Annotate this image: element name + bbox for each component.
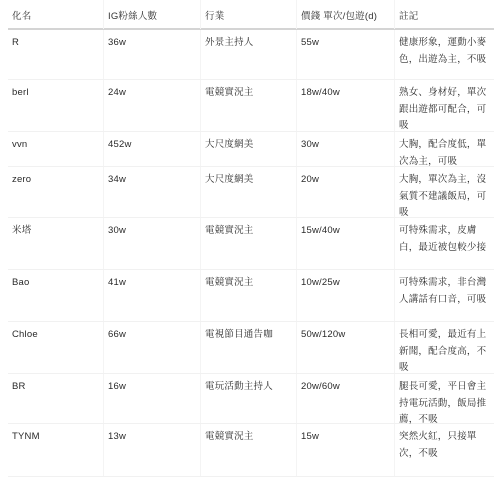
cell-price: 20w/60w	[297, 374, 395, 423]
header-price: 價錢 單次/包遊(d)	[297, 0, 395, 29]
cell-price: 55w	[297, 30, 395, 79]
cell-name: TYNM	[8, 424, 104, 473]
cell-price: 30w	[297, 132, 395, 166]
table-row: BR 16w 電玩活動主持人 20w/60w 腿長可愛，平日會主持電玩活動，飯局…	[8, 374, 494, 424]
cell-note: 大胸，配合度低，單次為主，可吸	[395, 132, 494, 166]
cell-industry: 外景主持人	[201, 30, 297, 79]
cell-followers: 41w	[104, 270, 201, 321]
cell-note: 熟女、身材好，單次跟出遊都可配合，可吸	[395, 80, 494, 131]
header-ig-followers: IG粉絲人數	[104, 0, 201, 29]
cell-followers: 30w	[104, 218, 201, 269]
cell-industry: 電競實況主	[201, 424, 297, 473]
cell-note: 大胸，單次為主，沒氣質不建議飯局，可吸	[395, 167, 494, 217]
cell-name: BR	[8, 374, 104, 423]
cell-note: 可特殊需求，皮膚白，最近被包較少接	[395, 218, 494, 269]
table-row: zero 34w 大尺度網美 20w 大胸，單次為主，沒氣質不建議飯局，可吸	[8, 167, 494, 218]
table-row: Bao 41w 電競實況主 10w/25w 可特殊需求，非台灣人講話有口音，可吸	[8, 270, 494, 322]
table-row: Chloe 66w 電視節目通告咖 50w/120w 長相可愛，最近有上新聞，配…	[8, 322, 494, 374]
cell-followers: 66w	[104, 322, 201, 373]
cell-industry: 電競實況主	[201, 80, 297, 131]
cell-followers: 13w	[104, 424, 201, 473]
header-name: 化名	[8, 0, 104, 29]
cell-price: 50w/120w	[297, 322, 395, 373]
cell-industry: 電玩活動主持人	[201, 374, 297, 423]
cell-name: zero	[8, 167, 104, 217]
cell-industry: 電競實況主	[201, 218, 297, 269]
cell-followers: 36w	[104, 30, 201, 79]
cell-followers: 34w	[104, 167, 201, 217]
cell-name: Chloe	[8, 322, 104, 373]
header-industry: 行業	[201, 0, 297, 29]
cell-industry: 大尺度網美	[201, 167, 297, 217]
cell-note: 腿長可愛，平日會主持電玩活動，飯局推薦，不吸	[395, 374, 494, 423]
cell-followers: 16w	[104, 374, 201, 423]
cell-note: 長相可愛，最近有上新聞，配合度高，不吸	[395, 322, 494, 373]
cell-price: 15w/40w	[297, 218, 395, 269]
cell-followers: 24w	[104, 80, 201, 131]
cell-note: 突然火紅，只接單次，不吸	[395, 424, 494, 473]
cell-industry: 大尺度網美	[201, 132, 297, 166]
table-row: 米塔 30w 電競實況主 15w/40w 可特殊需求，皮膚白，最近被包較少接	[8, 218, 494, 270]
cell-price: 18w/40w	[297, 80, 395, 131]
cell-industry: 電視節目通告咖	[201, 322, 297, 373]
cell-price: 10w/25w	[297, 270, 395, 321]
header-notes: 註記	[395, 0, 494, 29]
cell-name: 米塔	[8, 218, 104, 269]
table-row: vvn 452w 大尺度網美 30w 大胸，配合度低，單次為主，可吸	[8, 132, 494, 167]
cell-industry: 電競實況主	[201, 270, 297, 321]
cell-name: vvn	[8, 132, 104, 166]
table-row: R 36w 外景主持人 55w 健康形象，運動小麥色，出遊為主，不吸	[8, 30, 494, 80]
table-row: berl 24w 電競實況主 18w/40w 熟女、身材好，單次跟出遊都可配合，…	[8, 80, 494, 132]
cell-note: 健康形象，運動小麥色，出遊為主，不吸	[395, 30, 494, 79]
cell-followers: 452w	[104, 132, 201, 166]
cell-name: R	[8, 30, 104, 79]
talent-table: 化名 IG粉絲人數 行業 價錢 單次/包遊(d) 註記 R 36w 外景主持人 …	[8, 0, 494, 473]
table-row: TYNM 13w 電競實況主 15w 突然火紅，只接單次，不吸	[8, 424, 494, 473]
cell-price: 15w	[297, 424, 395, 473]
cell-name: Bao	[8, 270, 104, 321]
cell-price: 20w	[297, 167, 395, 217]
table-header-row: 化名 IG粉絲人數 行業 價錢 單次/包遊(d) 註記	[8, 0, 494, 30]
cell-note: 可特殊需求，非台灣人講話有口音，可吸	[395, 270, 494, 321]
cell-name: berl	[8, 80, 104, 131]
